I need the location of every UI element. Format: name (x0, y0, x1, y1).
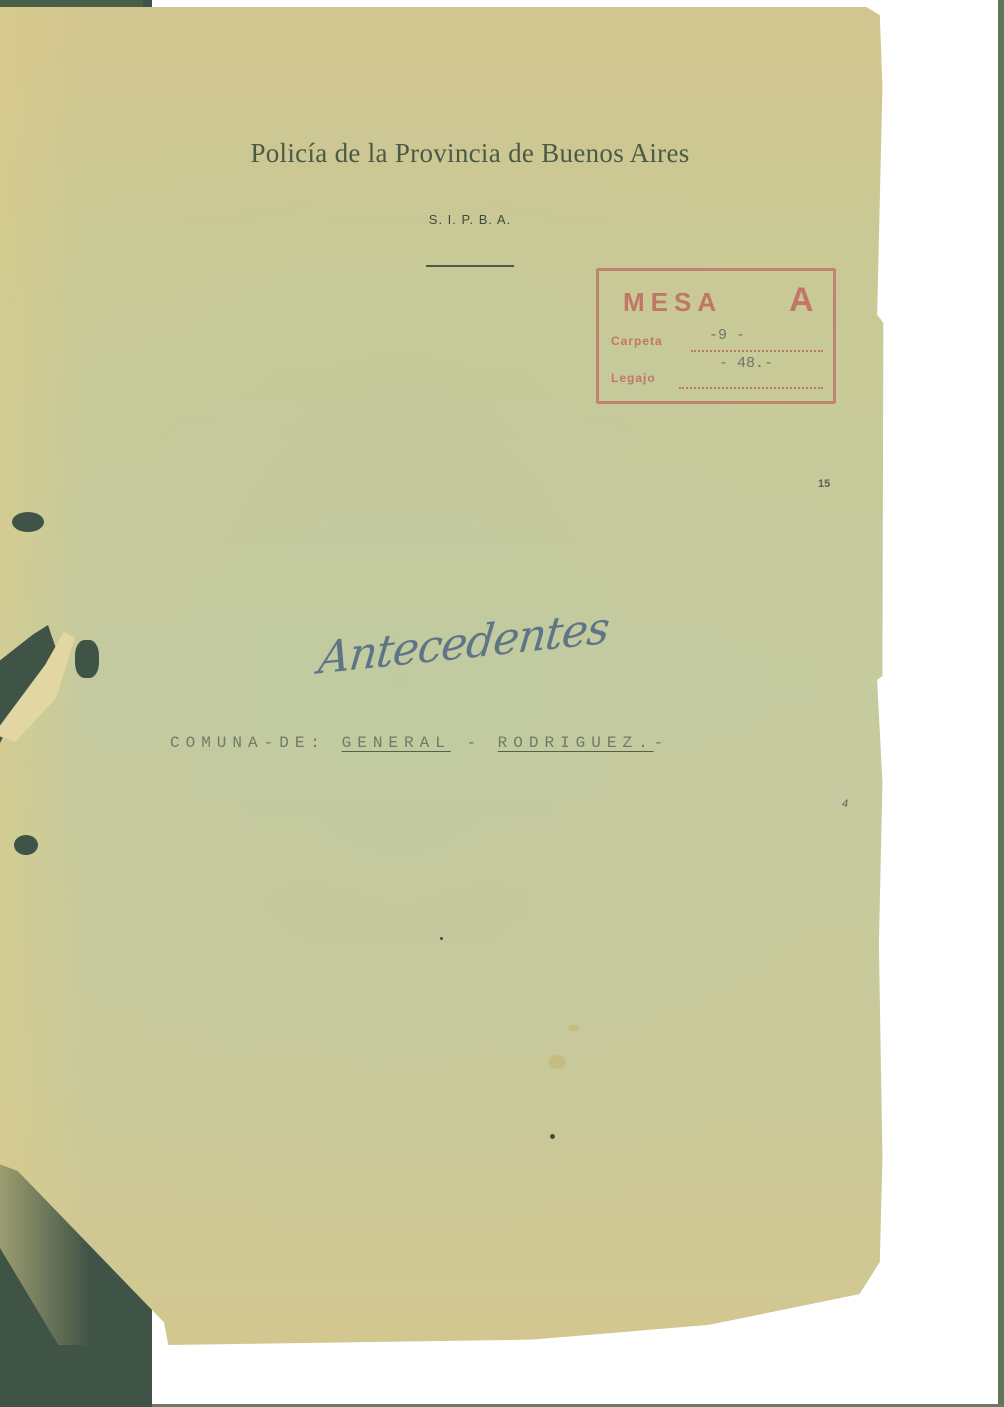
stamp-legajo-dots (679, 387, 823, 389)
punch-hole-top (12, 512, 44, 532)
stamp-carpeta-value: -9 - (709, 327, 745, 344)
stamp-title: MESA (623, 287, 722, 318)
stamp-carpeta-label: Carpeta (611, 334, 663, 348)
mesa-stamp: MESA A Carpeta -9 - Legajo - 48.- (596, 268, 836, 404)
paper-stain (568, 1025, 580, 1031)
stamp-letter: A (789, 281, 814, 320)
paper-speck (440, 937, 443, 940)
typed-separator: - (451, 734, 498, 752)
typed-part-general: GENERAL (342, 734, 451, 752)
punch-hole-bottom (14, 835, 38, 855)
margin-mark: 4 (842, 798, 848, 810)
stamp-carpeta-dots (691, 350, 823, 352)
scan-backing-top (0, 0, 143, 7)
scan-backing-right (998, 0, 1004, 1407)
document-paper (0, 7, 886, 1345)
typed-suffix: - (654, 734, 670, 752)
margin-mark: 15 (818, 478, 830, 490)
document-title: Policía de la Provincia de Buenos Aires (0, 138, 940, 169)
paper-stain (548, 1055, 566, 1069)
stamp-legajo-value: - 48.- (719, 355, 773, 372)
punch-hole-tear-right (75, 640, 99, 678)
stamp-legajo-label: Legajo (611, 371, 656, 385)
paper-speck (550, 1134, 555, 1139)
typed-part-rodriguez: RODRIGUEZ. (498, 734, 654, 752)
document-subtitle: S. I. P. B. A. (0, 212, 940, 227)
header-divider (426, 265, 514, 267)
typed-prefix: COMUNA-DE: (170, 734, 342, 752)
typed-comuna-line: COMUNA-DE: GENERAL - RODRIGUEZ.- (170, 734, 669, 752)
